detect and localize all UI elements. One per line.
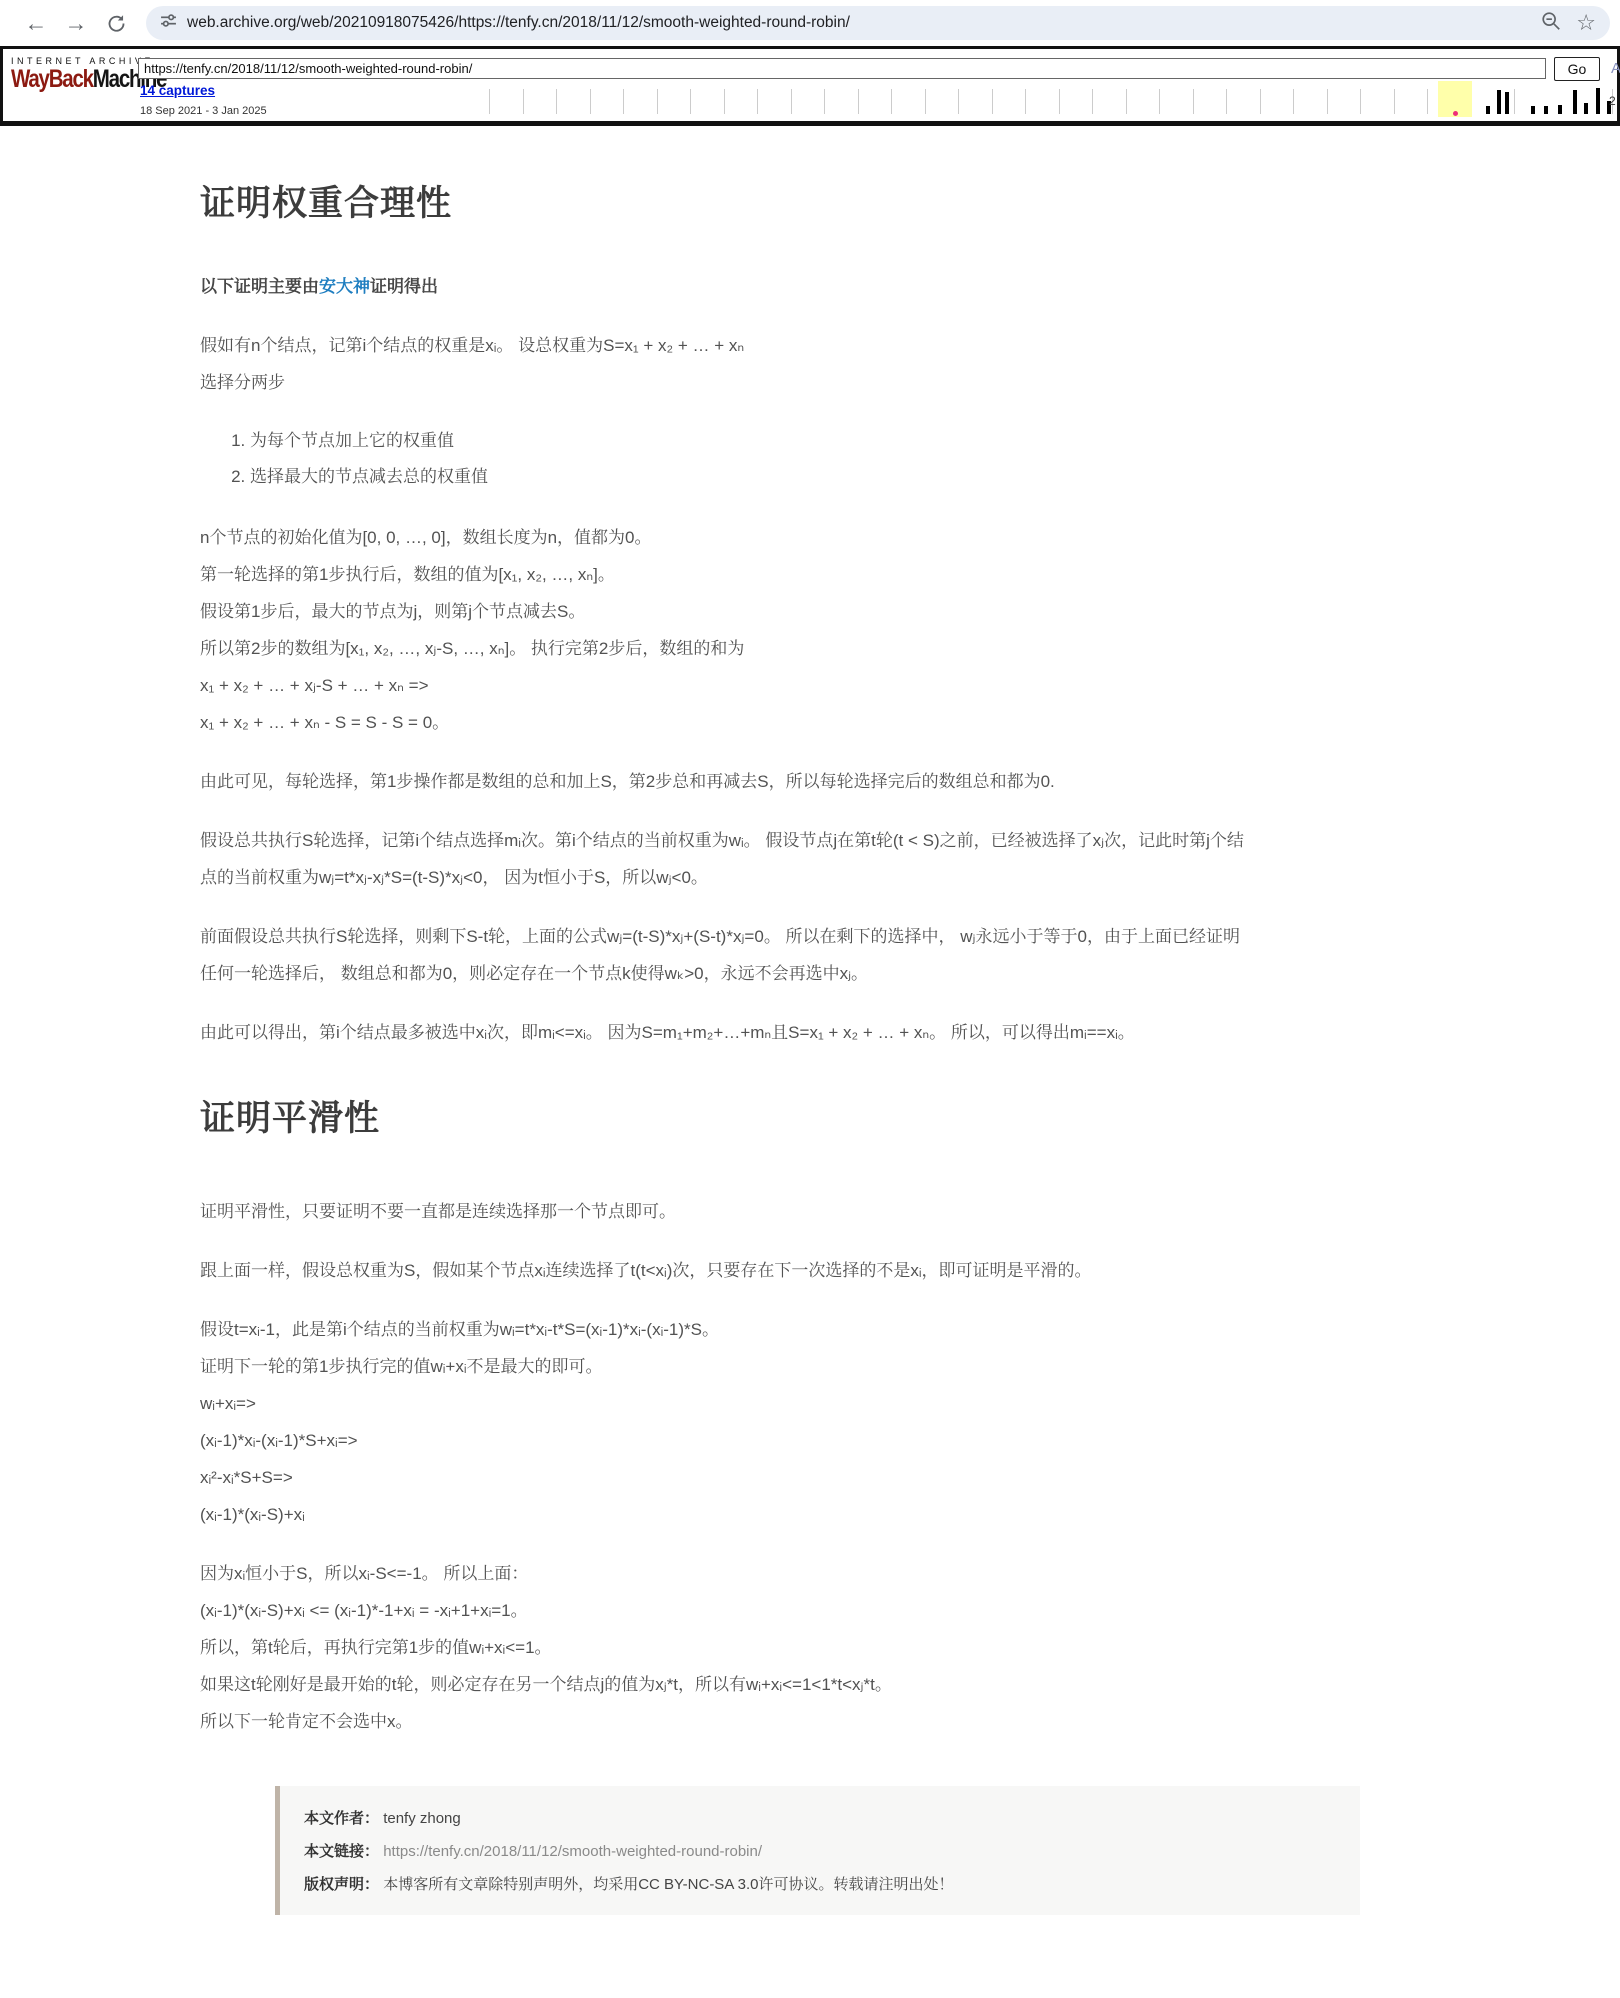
capture-histogram-bar[interactable] <box>1531 106 1535 114</box>
timeline-tick <box>556 89 557 114</box>
steps-list: 为每个节点加上它的权重值 选择最大的节点减去总的权重值 <box>200 423 1360 495</box>
clipped-edge-text-a: A <box>1611 60 1620 77</box>
timeline-tick <box>1260 89 1261 114</box>
copyright-box: 本文作者： tenfy zhong 本文链接： https://tenfy.cn… <box>275 1786 1360 1915</box>
timeline-tick <box>1092 89 1093 114</box>
timeline-tick <box>958 89 959 114</box>
capture-histogram-bar[interactable] <box>1505 92 1509 114</box>
formula-block: 假设t=xᵢ-1，此是第i个结点的当前权重为wᵢ=t*xᵢ-t*S=(xᵢ-1)… <box>200 1311 1245 1533</box>
text-line: 所以，第t轮后，再执行完第1步的值wᵢ+xᵢ<=1。 <box>200 1629 1245 1666</box>
byline-suffix: 证明得出 <box>370 277 438 296</box>
clipped-edge-text-2: 2 <box>1609 94 1616 108</box>
timeline-tick <box>1427 89 1428 114</box>
formula-line: x₁ + x₂ + … + xⱼ-S + … + xₙ => <box>200 667 1245 704</box>
timeline-tick <box>1159 89 1160 114</box>
author-label: 本文作者： <box>304 1810 379 1827</box>
bookmark-star-icon[interactable]: ☆ <box>1576 12 1596 34</box>
go-button[interactable]: Go <box>1554 57 1600 81</box>
capture-histogram-bar[interactable] <box>1497 90 1501 114</box>
timeline-tick <box>690 89 691 114</box>
timeline-tick <box>1293 89 1294 114</box>
text-line: 证明下一轮的第1步执行完的值wᵢ+xᵢ不是最大的即可。 <box>200 1348 1245 1385</box>
timeline-tick <box>891 89 892 114</box>
zoom-out-icon[interactable] <box>1540 10 1562 37</box>
formula-line: x₁ + x₂ + … + xₙ - S = S - S = 0。 <box>200 704 1245 741</box>
capture-histogram-bar[interactable] <box>1584 103 1588 114</box>
timeline-tick <box>1394 89 1395 114</box>
capture-histogram-bar[interactable] <box>1486 106 1490 114</box>
byline-prefix: 以下证明主要由 <box>200 277 319 296</box>
formula-block: n个节点的初始化值为[0, 0, …, 0]，数组长度为n，值都为0。 第一轮选… <box>200 519 1245 741</box>
paragraph: 由此可以得出，第i个结点最多被选中xᵢ次，即mᵢ<=xᵢ。 因为S=m₁+m₂+… <box>200 1014 1245 1051</box>
byline: 以下证明主要由安大神证明得出 <box>200 268 1245 305</box>
reload-icon[interactable] <box>96 3 136 43</box>
text-line: 所以下一轮肯定不会选中x。 <box>200 1703 1245 1740</box>
timeline-tick <box>657 89 658 114</box>
address-bar[interactable]: web.archive.org/web/20210918075426/https… <box>146 6 1610 40</box>
copyright-license-row: 版权声明： 本博客所有文章除特别声明外，均采用CC BY-NC-SA 3.0许可… <box>304 1868 1336 1901</box>
section-title-weight-proof: 证明权重合理性 <box>200 176 1360 226</box>
text-line: 假设第1步后，最大的节点为j，则第j个节点减去S。 <box>200 593 1245 630</box>
copyright-author-row: 本文作者： tenfy zhong <box>304 1802 1336 1835</box>
paragraph: 证明平滑性，只要证明不要一直都是连续选择那一个节点即可。 <box>200 1193 1245 1230</box>
author-value: tenfy zhong <box>383 1810 461 1827</box>
wayback-logo[interactable]: INTERNET ARCHIVE WayBackMachine <box>11 56 135 92</box>
timeline-tick <box>824 89 825 114</box>
text-line: 第一轮选择的第1步执行后，数组的值为[x₁, x₂, …, xₙ]。 <box>200 556 1245 593</box>
capture-marker <box>1453 111 1458 116</box>
paragraph: 假如有n个结点，记第i个结点的权重是xᵢ。 设总权重为S=x₁ + x₂ + …… <box>200 327 1245 401</box>
license-text: 本博客所有文章除特别声明外，均采用CC BY-NC-SA 3.0许可协议。转载请… <box>383 1876 953 1893</box>
timeline-tick <box>489 89 490 114</box>
timeline-tick <box>1226 89 1227 114</box>
text-line: 选择分两步 <box>200 364 1245 401</box>
text-line: 假如有n个结点，记第i个结点的权重是xᵢ。 设总权重为S=x₁ + x₂ + …… <box>200 327 1245 364</box>
article-body: 证明权重合理性 以下证明主要由安大神证明得出 假如有n个结点，记第i个结点的权重… <box>200 126 1360 1915</box>
formula-block: 因为xᵢ恒小于S，所以xᵢ-S<=-1。 所以上面： (xᵢ-1)*(xᵢ-S)… <box>200 1555 1245 1740</box>
timeline-tick <box>858 89 859 114</box>
formula-line: wᵢ+xᵢ=> <box>200 1385 1245 1422</box>
author-link[interactable]: 安大神 <box>319 277 370 296</box>
paragraph: 假设总共执行S轮选择，记第i个结点选择mᵢ次。第i个结点的当前权重为wᵢ。 假设… <box>200 822 1245 896</box>
paragraph: 前面假设总共执行S轮选择，则剩下S-t轮，上面的公式wⱼ=(t-S)*xⱼ+(S… <box>200 918 1245 992</box>
timeline-tick <box>757 89 758 114</box>
text-line: n个节点的初始化值为[0, 0, …, 0]，数组长度为n，值都为0。 <box>200 519 1245 556</box>
text-line: 所以第2步的数组为[x₁, x₂, …, xⱼ-S, …, xₙ]。 执行完第2… <box>200 630 1245 667</box>
text-line: 如果这t轮刚好是最开始的t轮，则必定存在另一个结点j的值为xⱼ*t，所以有wᵢ+… <box>200 1666 1245 1703</box>
timeline-tick <box>925 89 926 114</box>
paragraph: 跟上面一样，假设总权重为S，假如某个节点xᵢ连续选择了t(t<xᵢ)次，只要存在… <box>200 1252 1245 1289</box>
capture-histogram-bar[interactable] <box>1544 106 1548 114</box>
timeline-tick <box>1059 89 1060 114</box>
capture-sparkline[interactable] <box>481 79 1620 119</box>
url-text[interactable]: web.archive.org/web/20210918075426/https… <box>187 14 1532 32</box>
link-label: 本文链接： <box>304 1843 379 1860</box>
capture-histogram-bar[interactable] <box>1558 105 1562 114</box>
permalink[interactable]: https://tenfy.cn/2018/11/12/smooth-weigh… <box>383 1843 762 1860</box>
formula-line: (xᵢ-1)*(xᵢ-S)+xᵢ <= (xᵢ-1)*-1+xᵢ = -xᵢ+1… <box>200 1592 1245 1629</box>
timeline-tick <box>1514 89 1515 114</box>
formula-line: (xᵢ-1)*(xᵢ-S)+xᵢ <box>200 1496 1245 1533</box>
paragraph: 由此可见，每轮选择，第1步操作都是数组的总和加上S，第2步总和再减去S，所以每轮… <box>200 763 1245 800</box>
captures-link[interactable]: 14 captures <box>140 83 215 98</box>
timeline-tick <box>1327 89 1328 114</box>
formula-line: xᵢ²-xᵢ*S+S=> <box>200 1459 1245 1496</box>
timeline-tick <box>1126 89 1127 114</box>
list-item: 为每个节点加上它的权重值 <box>250 423 1360 459</box>
wayback-toolbar: INTERNET ARCHIVE WayBackMachine Go 14 ca… <box>0 46 1620 126</box>
text-line: 假设t=xᵢ-1，此是第i个结点的当前权重为wᵢ=t*xᵢ-t*S=(xᵢ-1)… <box>200 1311 1245 1348</box>
timeline-tick <box>1025 89 1026 114</box>
timeline-tick <box>1193 89 1194 114</box>
formula-line: (xᵢ-1)*xᵢ-(xᵢ-1)*S+xᵢ=> <box>200 1422 1245 1459</box>
site-settings-icon[interactable] <box>160 12 177 34</box>
copyright-link-row: 本文链接： https://tenfy.cn/2018/11/12/smooth… <box>304 1835 1336 1868</box>
timeline-tick <box>724 89 725 114</box>
timeline-tick <box>791 89 792 114</box>
capture-histogram-bar[interactable] <box>1573 90 1577 114</box>
timeline-tick <box>623 89 624 114</box>
capture-histogram-bar[interactable] <box>1596 88 1600 114</box>
logo-wayback: WayBack <box>11 65 93 93</box>
timeline-tick <box>523 89 524 114</box>
back-icon[interactable]: ← <box>16 3 56 43</box>
browser-toolbar: ← → web.archive.org/web/20210918075426/h… <box>0 0 1620 46</box>
timeline-tick <box>992 89 993 114</box>
list-item: 选择最大的节点减去总的权重值 <box>250 459 1360 495</box>
wayback-machine-logo: WayBackMachine <box>11 66 113 92</box>
license-label: 版权声明： <box>304 1876 379 1893</box>
timeline-tick <box>590 89 591 114</box>
timeline-tick <box>1360 89 1361 114</box>
wayback-url-input[interactable] <box>138 58 1546 79</box>
forward-icon[interactable]: → <box>56 3 96 43</box>
text-line: 因为xᵢ恒小于S，所以xᵢ-S<=-1。 所以上面： <box>200 1555 1245 1592</box>
capture-date-range: 18 Sep 2021 - 3 Jan 2025 <box>140 105 267 117</box>
section-title-smoothness-proof: 证明平滑性 <box>200 1091 1360 1141</box>
